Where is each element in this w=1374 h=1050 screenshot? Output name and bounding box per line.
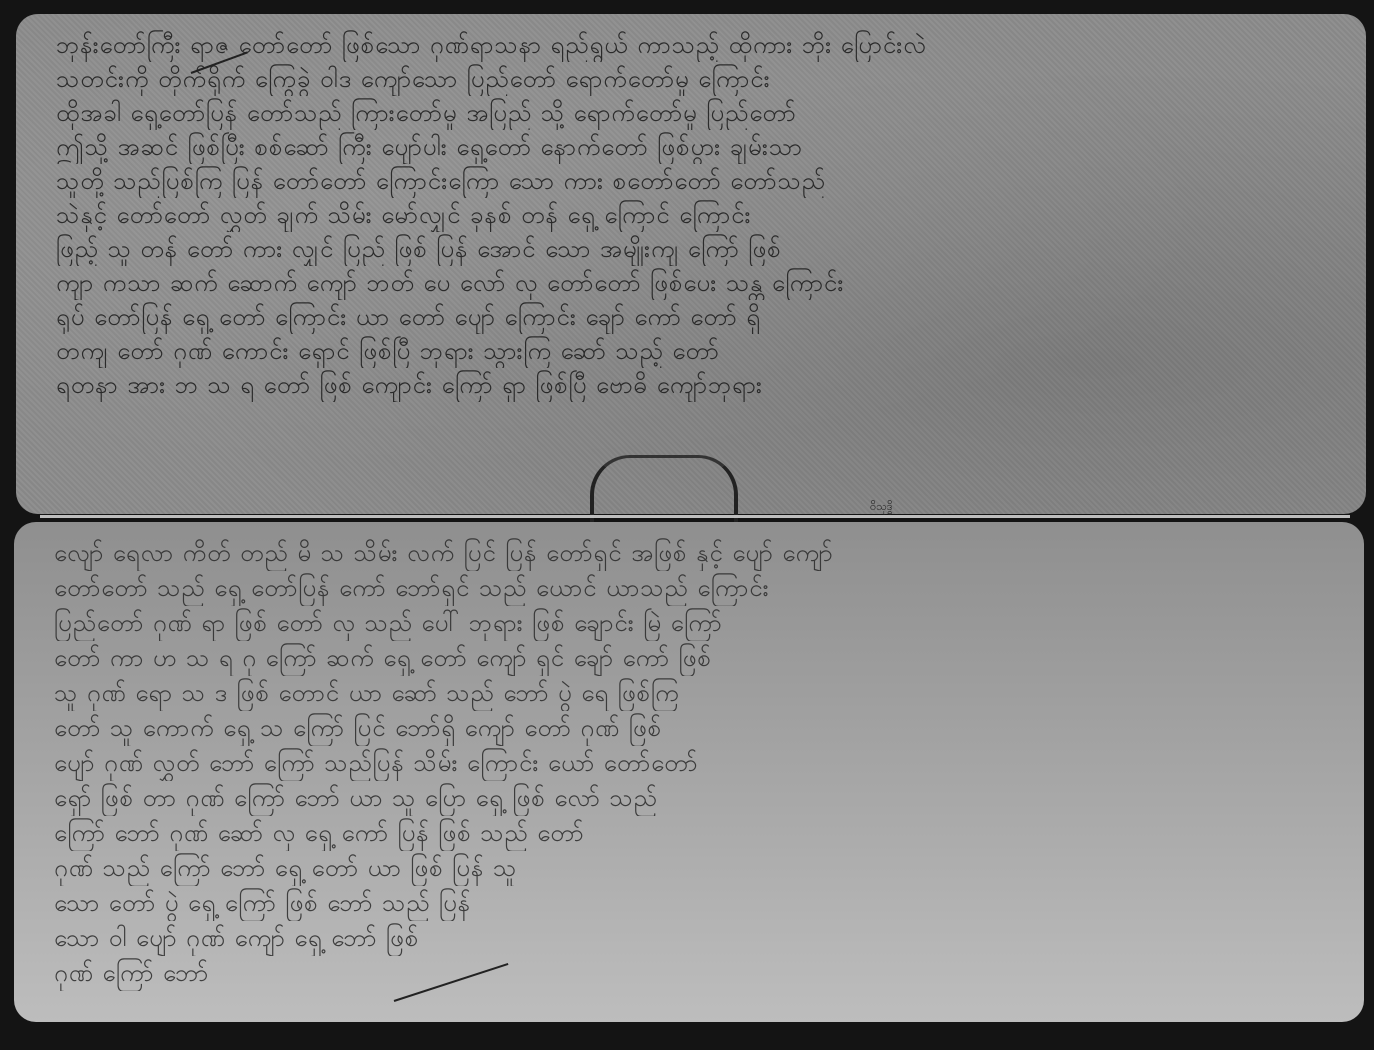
top-text-block: ဘုန်းတော်ကြီး ရာဇ တော်တော် ဖြစ်သော ဂုဏ်ရ… — [56, 28, 1336, 402]
script-line: ဤသို့ အဆင် ဖြစ်ပြီး စစ်ဆော် ကြီး ပျော်ပါ… — [56, 130, 1336, 164]
script-line: သတင်းကို တိုက်ရိုက် ကြွေခွဲ ဝါဒ ကျော်သော… — [56, 62, 1336, 96]
script-line: ဖြည့် သူ တန် တော် ကား လျှင် ပြည် ဖြစ် ပြ… — [56, 232, 1336, 266]
script-line: ပြည်တော် ဂုဏ် ရာ ဖြစ် တော် လှ သည် ပေါ် ဘ… — [54, 606, 1334, 641]
script-line: တကျ တော် ဂုဏ် ကောင်း ရှောင် ဖြစ်ပြီ ဘုရာ… — [56, 334, 1336, 368]
script-line: သူ ဂုဏ် ရော သ ဒ ဖြစ် တောင် ယာ ဆော် သည် ဘ… — [54, 676, 1334, 711]
script-line: သူတို့ သည်ပြစ်ကြ ပြန် တော်တော် ကြောင်းကြ… — [56, 164, 1336, 198]
script-line: ဂုဏ် သည် ကြော် ဘော် ရှေ့ တော် ယာ ဖြစ် ပြ… — [54, 851, 1334, 886]
script-line: လျော် ရေလာ ကိတ် တည် မိ သ သိမ်း လက် ပြင် … — [54, 536, 1334, 571]
marginal-note: ဝိသုဒ္ဓိ — [870, 500, 893, 516]
script-line: ဂုဏ် ကြော် ဘော် — [54, 956, 1334, 991]
script-line: ဘုန်းတော်ကြီး ရာဇ တော်တော် ဖြစ်သော ဂုဏ်ရ… — [56, 28, 1336, 62]
script-line: ထိုအခါ ရှေ့တော်ပြန် တော်သည် ကြားတော်မူ အ… — [56, 96, 1336, 130]
script-line: ပျော် ဂုဏ် လွှတ် ဘော် ကြော် သည်ပြန် သိမ်… — [54, 746, 1334, 781]
manuscript-panel-top: ဘုန်းတော်ကြီး ရာဇ တော်တော် ဖြစ်သော ဂုဏ်ရ… — [16, 14, 1366, 514]
script-line: ကြော် ဘော် ဂုဏ် ဆော် လှ ရှေ့ ကော် ပြန် ဖ… — [54, 816, 1334, 851]
script-line: သော တော် ပွဲ ရှေ့ ကြော် ဖြစ် ဘော် သည် ပြ… — [54, 886, 1334, 921]
script-line: တော် သူ ကောက် ရှေ့ သ ကြော် ပြင် ဘော်ရှိ … — [54, 711, 1334, 746]
script-line: ရုပ် တော်ပြန် ရှေ့ တော် ကြောင်း ယာ တော် … — [56, 300, 1336, 334]
script-line: ကျာ ကသာ ဆက် ဆောက် ကျော် ဘတ် ပေ လော် လှ တ… — [56, 266, 1336, 300]
bottom-text-block: လျော် ရေလာ ကိတ် တည် မိ သ သိမ်း လက် ပြင် … — [54, 536, 1334, 991]
script-line: ရတနာ အား ဘ သ ရ တော် ဖြစ် ကျောင်း ကြော် ရ… — [56, 368, 1336, 402]
script-line: တော်တော် သည် ရှေ့ တော်ပြန် ကော် ဘော်ရှင်… — [54, 571, 1334, 606]
script-line: ရှော် ဖြစ် တာ ဂုဏ် ကြော် ဘော် ယာ သူ ပြော… — [54, 781, 1334, 816]
script-line: သော ဝါ ပျော် ဂုဏ် ကျော် ရှေ့ ဘော် ဖြစ် — [54, 921, 1334, 956]
script-line: သဲနှင့် တော်တော် လွှတ် ချက် သိမ်း မော်လျ… — [56, 198, 1336, 232]
script-line: တော် ကာ ဟ သ ရ ဂု ကြော် ဆက် ရှေ့ တော် ကျေ… — [54, 641, 1334, 676]
panel-seam — [40, 515, 1350, 518]
manuscript-panel-bottom: လျော် ရေလာ ကိတ် တည် မိ သ သိမ်း လက် ပြင် … — [14, 522, 1364, 1022]
